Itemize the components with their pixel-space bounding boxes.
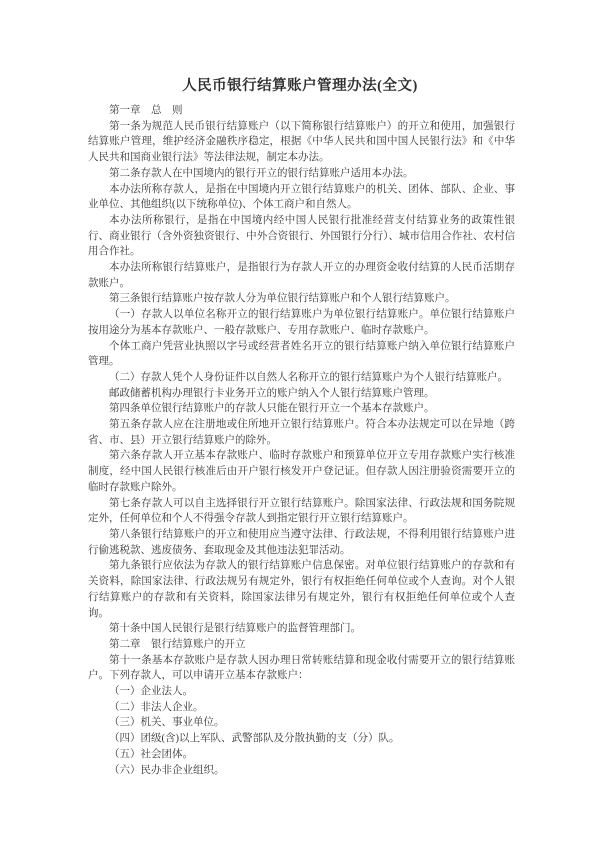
paragraph: （四）团级(含)以上军队、武警部队及分散执勤的支（分）队。 <box>88 731 515 747</box>
paragraph: （六）民办非企业组织。 <box>88 763 515 779</box>
paragraph: （二）非法人企业。 <box>88 700 515 716</box>
paragraph: （一）存款人以单位名称开立的银行结算账户为单位银行结算账户。单位银行结算账户按用… <box>88 307 515 338</box>
paragraph: 第八条银行结算账户的开立和使用应当遵守法律、行政法规，不得利用银行结算账户进行偷… <box>88 527 515 558</box>
paragraph: 第十一条基本存款账户是存款人因办理日常转账结算和现金收付需要开立的银行结算账户。… <box>88 653 515 684</box>
paragraph: 第五条存款人应在注册地或住所地开立银行结算账户。符合本办法规定可以在异地（跨省、… <box>88 417 515 448</box>
paragraph: 第六条存款人开立基本存款账户、临时存款账户和预算单位开立专用存款账户实行核准制度… <box>88 448 515 495</box>
chapter-heading: 第一章 总 则 <box>88 103 515 119</box>
paragraph: 第一条为规范人民币银行结算账户（以下简称银行结算账户）的开立和使用，加强银行结算… <box>88 119 515 166</box>
paragraph: （一）企业法人。 <box>88 684 515 700</box>
paragraph: 第十条中国人民银行是银行结算账户的监督管理部门。 <box>88 621 515 637</box>
paragraph: 第九条银行应依法为存款人的银行结算账户信息保密。对单位银行结算账户的存款和有关资… <box>88 558 515 621</box>
paragraph: 本办法所称银行，是指在中国境内经中国人民银行批准经营支付结算业务的政策性银行、商… <box>88 213 515 260</box>
paragraph: 第三条银行结算账户按存款人分为单位银行结算账户和个人银行结算账户。 <box>88 291 515 307</box>
paragraph: （三）机关、事业单位。 <box>88 715 515 731</box>
paragraph: 本办法所称存款人，是指在中国境内开立银行结算账户的机关、团体、部队、企业、事业单… <box>88 182 515 213</box>
paragraph: （二）存款人凭个人身份证件以自然人名称开立的银行结算账户为个人银行结算账户。 <box>88 370 515 386</box>
document-body: 第一章 总 则第一条为规范人民币银行结算账户（以下简称银行结算账户）的开立和使用… <box>88 103 515 778</box>
document-title: 人民币银行结算账户管理办法(全文) <box>0 0 600 96</box>
paragraph: （五）社会团体。 <box>88 747 515 763</box>
document-page: 人民币银行结算账户管理办法(全文) 第一章 总 则第一条为规范人民币银行结算账户… <box>0 0 600 850</box>
paragraph: 本办法所称银行结算账户，是指银行为存款人开立的办理资金收付结算的人民币活期存款账… <box>88 260 515 291</box>
paragraph: 第二条存款人在中国境内的银行开立的银行结算账户适用本办法。 <box>88 166 515 182</box>
chapter-heading: 第二章 银行结算账户的开立 <box>88 637 515 653</box>
paragraph: 个体工商户凭营业执照以字号或经营者姓名开立的银行结算账户纳入单位银行结算账户管理… <box>88 339 515 370</box>
paragraph: 邮政储蓄机构办理银行卡业务开立的账户纳入个人银行结算账户管理。 <box>88 386 515 402</box>
paragraph: 第四条单位银行结算账户的存款人只能在银行开立一个基本存款账户。 <box>88 401 515 417</box>
paragraph: 第七条存款人可以自主选择银行开立银行结算账户。除国家法律、行政法规和国务院规定外… <box>88 496 515 527</box>
